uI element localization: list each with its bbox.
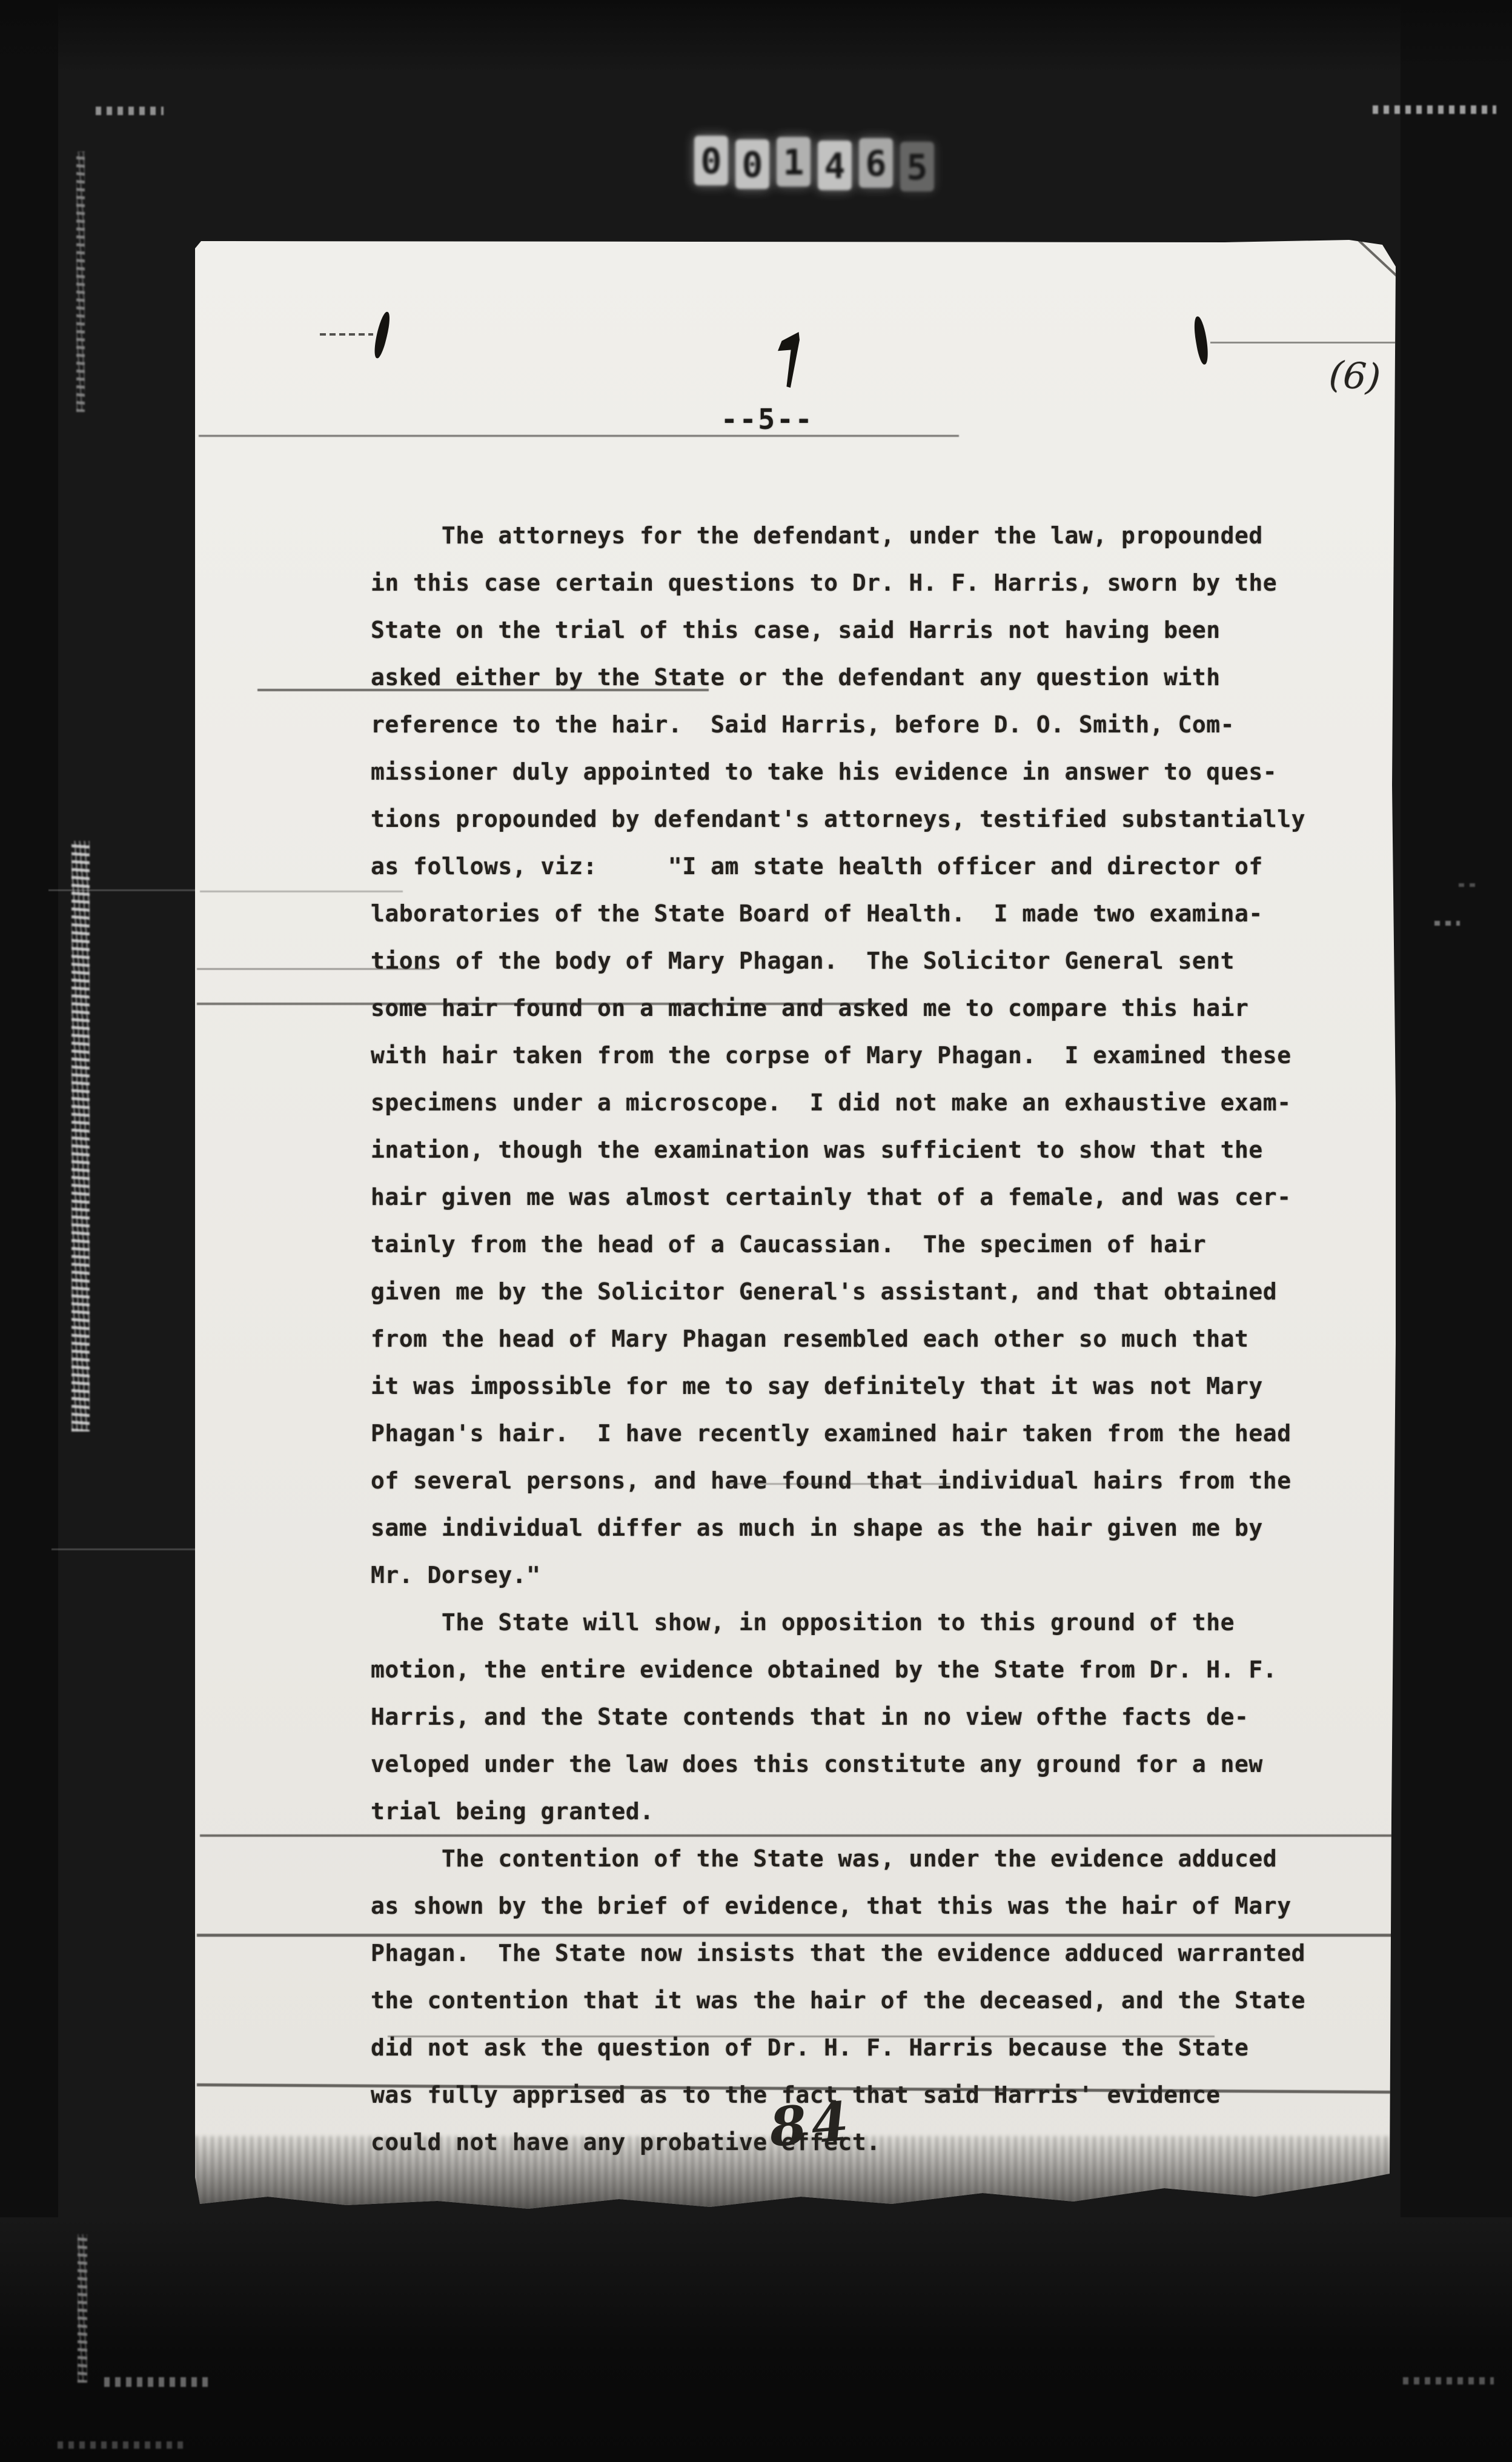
text-line: Mr. Dorsey." [371,1551,1305,1599]
scan-line-artifact [257,689,709,691]
scan-line-artifact [200,1834,1392,1837]
film-scratch [71,841,90,1432]
text-line: Harris, and the State contends that in n… [371,1693,1305,1740]
handwritten-corner-number: (6) [1328,353,1382,399]
frame-counter-digit: 0 [735,139,769,189]
film-edge-left [0,0,58,2462]
text-line: as shown by the brief of evidence, that … [371,1882,1305,1929]
text-line: tions of the body of Mary Phagan. The So… [371,937,1305,984]
film-scratch [51,1548,197,1550]
text-line: from the head of Mary Phagan resembled e… [371,1315,1305,1362]
strike-through-artifact [197,1003,881,1005]
film-scratch [96,107,164,115]
scan-line-artifact [388,2036,1215,2037]
text-line: tions propounded by defendant's attorney… [371,795,1305,843]
text-line: with hair taken from the corpse of Mary … [371,1032,1305,1079]
text-line: it was impossible for me to say definite… [371,1362,1305,1410]
text-line: tainly from the head of a Caucassian. Th… [371,1221,1305,1268]
text-line: ination, though the examination was suff… [371,1126,1305,1173]
text-line: did not ask the question of Dr. H. F. Ha… [371,2024,1305,2071]
film-scratch [1373,105,1496,114]
frame-counter-digit: 1 [777,137,811,187]
scan-line-artifact [730,1483,951,1485]
frame-counter-digit: 4 [818,141,852,190]
film-scratch [48,889,197,891]
text-line: as follows, viz: "I am state health offi… [371,843,1305,890]
text-line: of several persons, and have found that … [371,1457,1305,1504]
film-edge-bottom [0,2217,1512,2462]
ink-mark-icon [778,332,800,388]
text-line: trial being granted. [371,1788,1305,1835]
text-line: reference to the hair. Said Harris, befo… [371,701,1305,748]
text-line: The attorneys for the defendant, under t… [371,512,1305,559]
text-line: State on the trial of this case, said Ha… [371,606,1305,654]
film-edge-top [0,0,1512,73]
text-line: Phagan's hair. I have recently examined … [371,1410,1305,1457]
text-line: given me by the Solicitor General's assi… [371,1268,1305,1315]
document-page: --5-- (6) The attorneys for the defendan… [195,240,1396,2215]
scan-line-artifact [197,968,430,970]
ink-mark-icon [1192,316,1211,365]
frame-counter: 001465 [694,136,934,185]
typewritten-text: The attorneys for the defendant, under t… [371,512,1305,2166]
film-edge-right [1401,0,1512,2462]
scan-line-artifact [200,891,403,892]
text-line: specimens under a microscope. I did not … [371,1079,1305,1126]
film-scratch [1459,883,1476,887]
text-line: The State will show, in opposition to th… [371,1599,1305,1646]
text-line: hair given me was almost certainly that … [371,1173,1305,1221]
scan-line-artifact [1210,342,1414,343]
frame-counter-digit: 6 [859,138,893,188]
handwritten-page-number: 84 [767,2089,856,2159]
film-scratch [1434,921,1460,926]
film-scratch [58,2441,185,2449]
text-line: motion, the entire evidence obtained by … [371,1646,1305,1693]
text-line: same individual differ as much in shape … [371,1504,1305,1551]
text-line: asked either by the State or the defenda… [371,654,1305,701]
page-number: --5-- [721,405,814,434]
film-scratch [78,2234,87,2383]
pen-slash-mark [1354,236,1399,277]
text-line: veloped under the law does this constitu… [371,1740,1305,1788]
scan-line-artifact [197,1934,1395,1937]
text-line: in this case certain questions to Dr. H.… [371,559,1305,606]
film-scratch [76,151,85,412]
microfilm-scan: { "film": { "frame_counter": "001465", "… [0,0,1512,2462]
ink-dash-line [320,333,373,336]
text-line: The contention of the State was, under t… [371,1835,1305,1882]
page-number-underline [199,435,959,437]
film-background: 001465 --5-- (6) The attorneys for the d… [0,0,1512,2462]
text-line: some hair found on a machine and asked m… [371,984,1305,1032]
text-line: the contention that it was the hair of t… [371,1977,1305,2024]
ink-mark-icon [371,311,393,359]
film-scratch [104,2377,212,2387]
frame-counter-digit: 5 [900,142,934,191]
frame-counter-digit: 0 [694,136,728,185]
text-line: laboratories of the State Board of Healt… [371,890,1305,937]
film-scratch [1403,2377,1494,2384]
text-line: missioner duly appointed to take his evi… [371,748,1305,795]
